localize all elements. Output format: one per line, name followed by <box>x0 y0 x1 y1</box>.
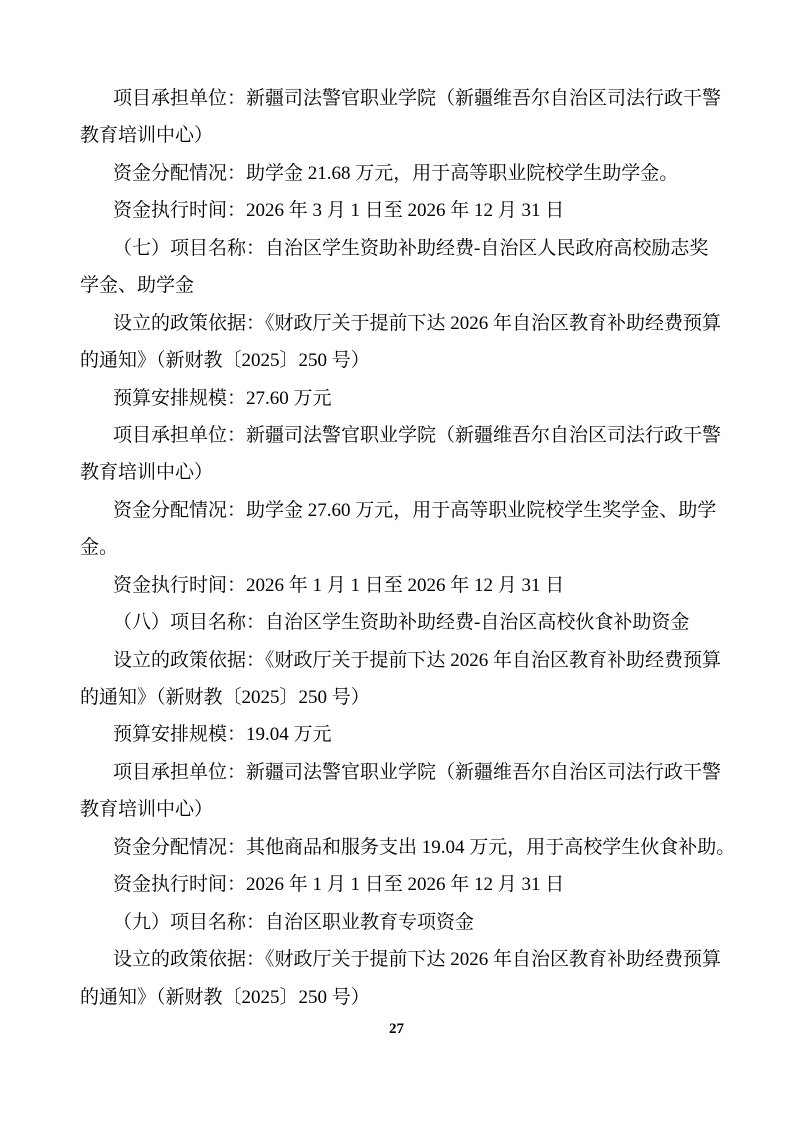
doc-line: 设立的政策依据：《财政厅关于提前下达 2026 年自治区教育补助经费预算 <box>80 305 720 342</box>
doc-line: 资金执行时间：2026 年 3 月 1 日至 2026 年 12 月 31 日 <box>80 192 720 229</box>
doc-line: 项目承担单位：新疆司法警官职业学院（新疆维吾尔自治区司法行政干警 <box>80 80 720 117</box>
doc-line: （八）项目名称：自治区学生资助补助经费-自治区高校伙食补助资金 <box>80 604 720 641</box>
doc-line: 教育培训中心） <box>80 454 720 491</box>
doc-line: 资金执行时间：2026 年 1 月 1 日至 2026 年 12 月 31 日 <box>80 567 720 604</box>
doc-line: 项目承担单位：新疆司法警官职业学院（新疆维吾尔自治区司法行政干警 <box>80 417 720 454</box>
doc-line: 预算安排规模：19.04 万元 <box>80 716 720 753</box>
page-number: 27 <box>0 1021 793 1038</box>
doc-line: 资金分配情况：助学金 27.60 万元，用于高等职业院校学生奖学金、助学 <box>80 492 720 529</box>
doc-line: 金。 <box>80 529 720 566</box>
doc-line: 教育培训中心） <box>80 791 720 828</box>
doc-line: 项目承担单位：新疆司法警官职业学院（新疆维吾尔自治区司法行政干警 <box>80 754 720 791</box>
doc-line: 教育培训中心） <box>80 117 720 154</box>
doc-line: 设立的政策依据：《财政厅关于提前下达 2026 年自治区教育补助经费预算 <box>80 642 720 679</box>
doc-line: 学金、助学金 <box>80 267 720 304</box>
doc-line: 的通知》（新财教〔2025〕250 号） <box>80 679 720 716</box>
doc-line: 资金分配情况：助学金 21.68 万元，用于高等职业院校学生助学金。 <box>80 155 720 192</box>
doc-line: 的通知》（新财教〔2025〕250 号） <box>80 979 720 1016</box>
doc-line: 资金分配情况：其他商品和服务支出 19.04 万元，用于高校学生伙食补助。 <box>80 829 720 866</box>
document-page: 项目承担单位：新疆司法警官职业学院（新疆维吾尔自治区司法行政干警 教育培训中心）… <box>0 0 793 1122</box>
doc-line: （七）项目名称：自治区学生资助补助经费-自治区人民政府高校励志奖 <box>80 230 720 267</box>
doc-line: （九）项目名称：自治区职业教育专项资金 <box>80 904 720 941</box>
doc-line: 资金执行时间：2026 年 1 月 1 日至 2026 年 12 月 31 日 <box>80 866 720 903</box>
document-body: 项目承担单位：新疆司法警官职业学院（新疆维吾尔自治区司法行政干警 教育培训中心）… <box>80 80 720 1016</box>
doc-line: 设立的政策依据：《财政厅关于提前下达 2026 年自治区教育补助经费预算 <box>80 941 720 978</box>
doc-line: 预算安排规模：27.60 万元 <box>80 380 720 417</box>
doc-line: 的通知》（新财教〔2025〕250 号） <box>80 342 720 379</box>
